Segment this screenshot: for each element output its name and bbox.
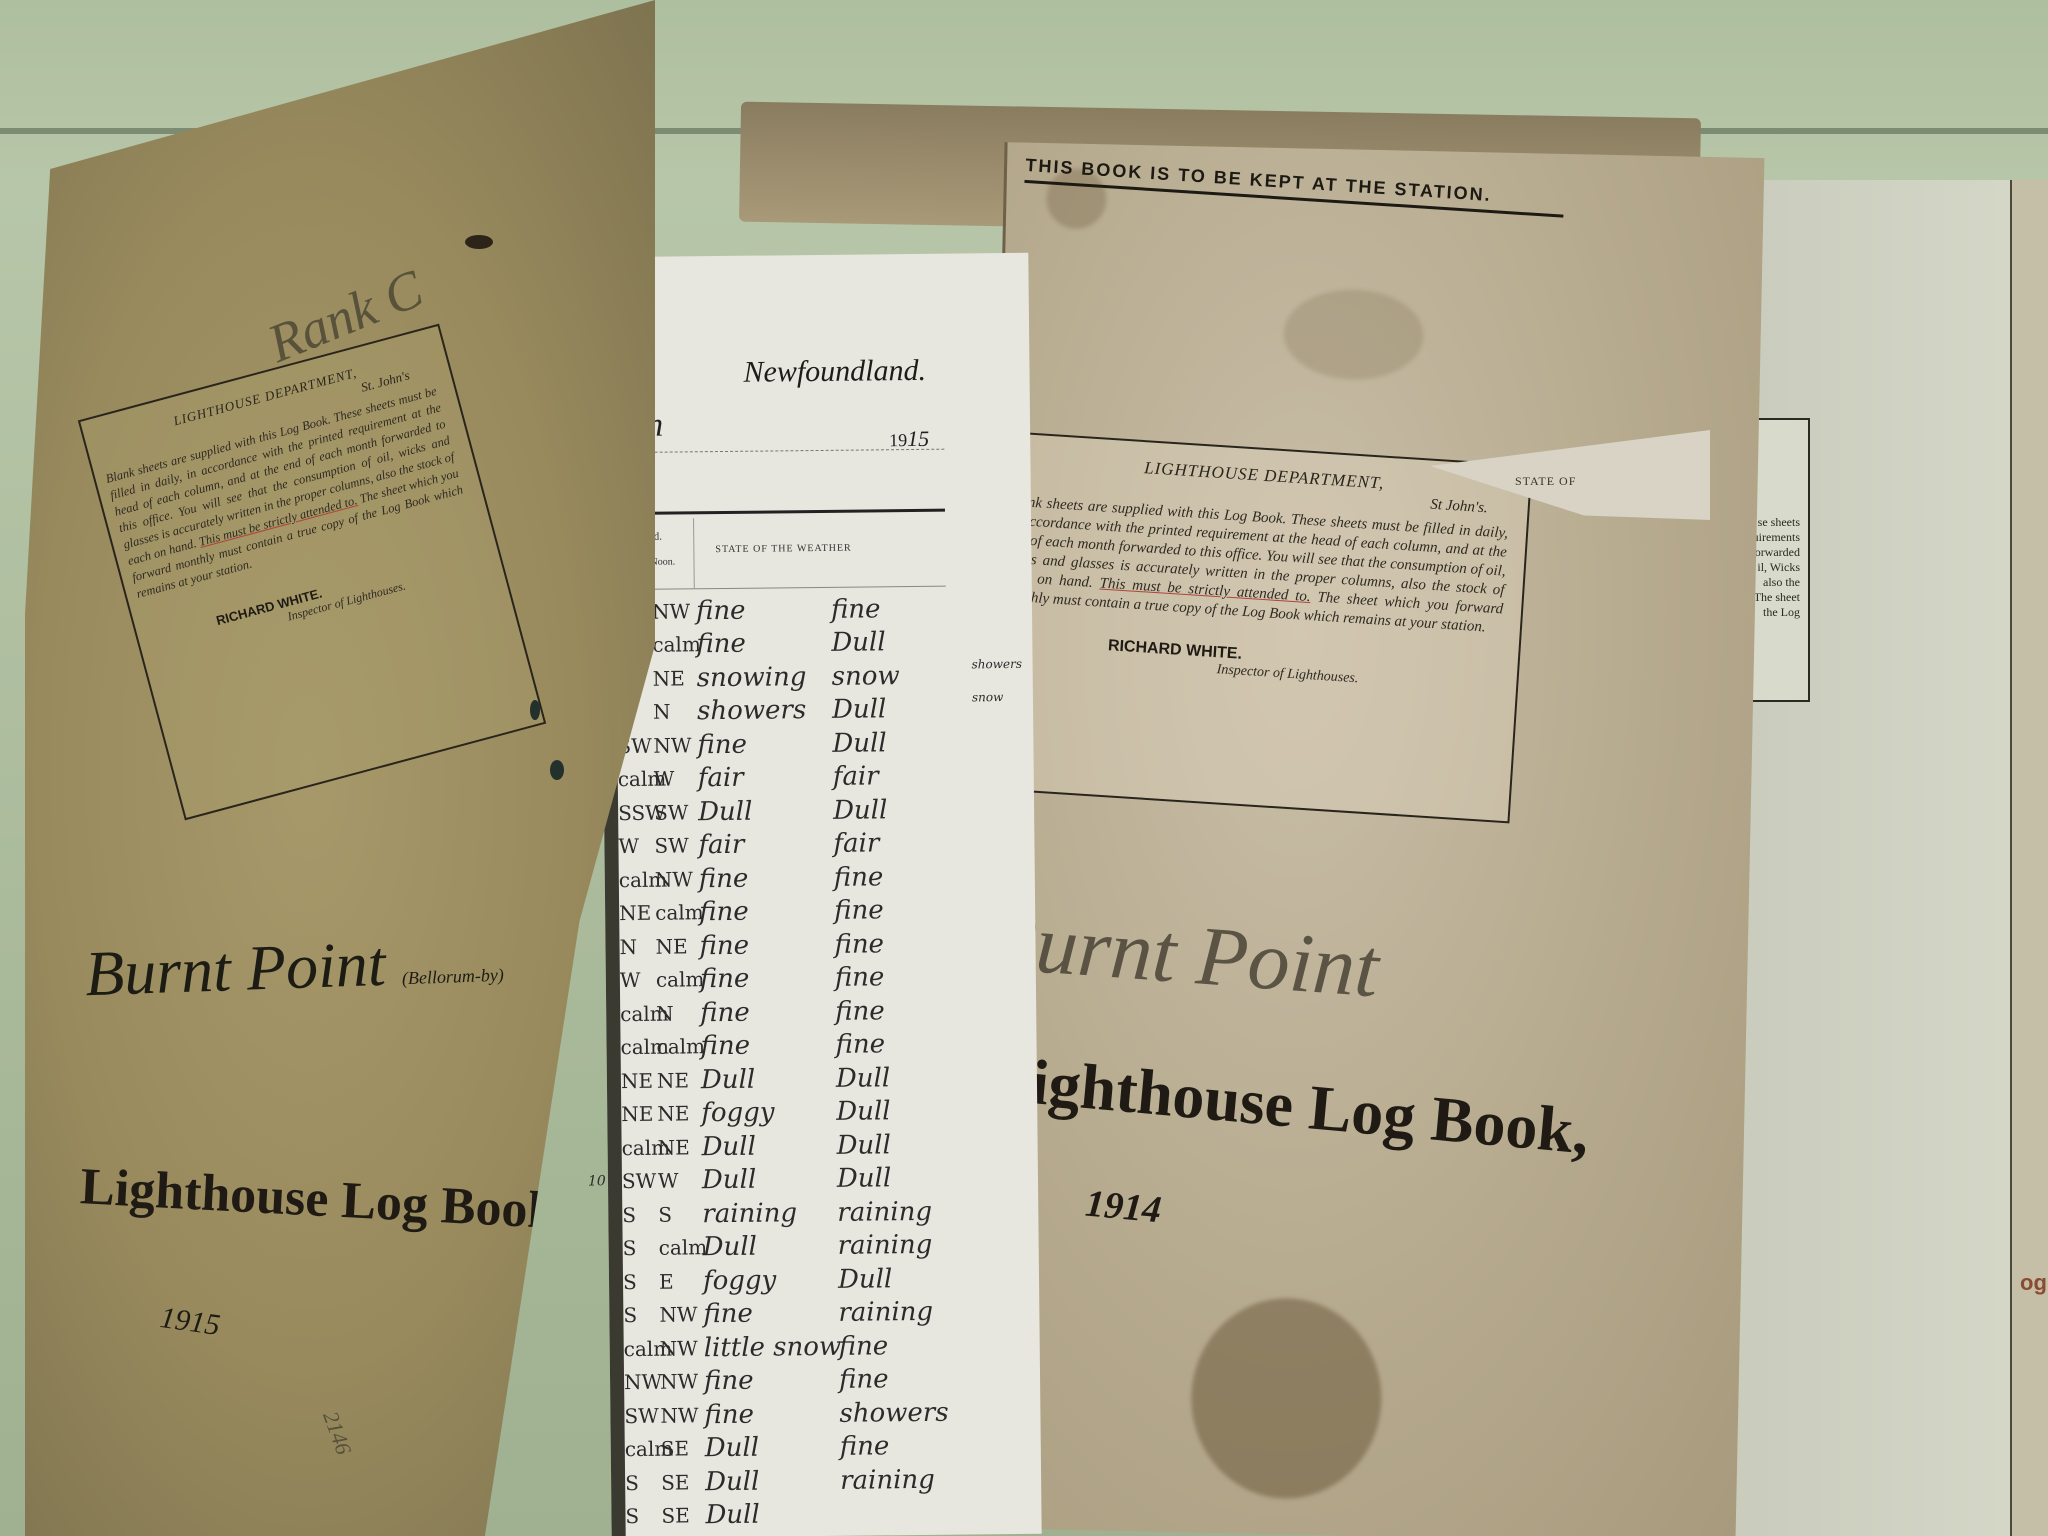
wind-noon: NE bbox=[657, 1102, 701, 1126]
wind-midnight: SSW bbox=[618, 800, 654, 824]
station-name: Burnt Point (Bellorum-by) bbox=[84, 923, 505, 1012]
weather-morning: fine bbox=[700, 997, 835, 1028]
weather-afternoon: Dull bbox=[832, 693, 992, 725]
weather-morning: showers bbox=[697, 695, 832, 726]
wind-midnight: W bbox=[618, 834, 654, 858]
log-row: EcalmfineDull bbox=[616, 624, 1026, 662]
wind-noon: SE bbox=[661, 1470, 705, 1494]
weather-morning: fine bbox=[699, 930, 834, 961]
weather-log-rows: WNWfinefineEcalmfineDullNNEsnowingsnowsh… bbox=[616, 591, 1036, 1533]
weather-morning: Dull bbox=[705, 1432, 840, 1463]
weather-morning: Dull bbox=[701, 1064, 836, 1095]
weather-afternoon: fine bbox=[835, 995, 995, 1027]
log-row: WSWfairfair bbox=[618, 825, 1028, 863]
wind-noon: calm bbox=[655, 901, 699, 925]
pencil-numbers: 2146 bbox=[317, 1408, 356, 1458]
book-year: 1914 bbox=[1083, 1182, 1163, 1233]
weather-afternoon: raining bbox=[837, 1196, 997, 1228]
wind-midnight: NE bbox=[619, 901, 655, 925]
weather-morning: Dull bbox=[698, 796, 833, 827]
water-stain bbox=[1189, 1296, 1383, 1500]
wind-midnight: NE bbox=[621, 1102, 657, 1126]
wind-midnight: S bbox=[623, 1269, 659, 1293]
weather-afternoon: Dull bbox=[837, 1162, 997, 1194]
weather-morning: fine bbox=[699, 896, 834, 927]
wind-midnight: N bbox=[619, 934, 655, 958]
weather-afternoon: showers bbox=[839, 1397, 999, 1429]
wind-midnight: calm bbox=[625, 1437, 661, 1461]
weather-afternoon: snow bbox=[832, 660, 992, 692]
weather-afternoon: fine bbox=[834, 894, 994, 926]
log-row: SSEDullraining bbox=[625, 1462, 1035, 1500]
log-row: NWNWfinefine bbox=[624, 1361, 1034, 1399]
wind-noon: calm bbox=[656, 1035, 700, 1059]
flap-text: STATE OF bbox=[1515, 474, 1576, 489]
weather-afternoon: raining bbox=[838, 1296, 998, 1328]
ink-blot bbox=[550, 760, 564, 780]
weather-log-sheet: Newfoundland. Jan 1915 Wind. Mid-night N… bbox=[598, 253, 1041, 1536]
weather-afternoon: Dull bbox=[832, 727, 992, 759]
notice-box: LIGHTHOUSE DEPARTMENT, St. John's Blank … bbox=[78, 324, 546, 821]
log-row: SSEDull bbox=[625, 1495, 1035, 1533]
ink-blot bbox=[465, 235, 493, 249]
wind-noon: S bbox=[658, 1202, 702, 1226]
far-right-edge-page: og bbox=[2010, 180, 2048, 1536]
wind-noon: NW bbox=[660, 1369, 704, 1393]
book-title: Lighthouse Log Book, bbox=[985, 1041, 1592, 1169]
country-heading: Newfoundland. bbox=[743, 354, 926, 390]
wind-midnight: calm bbox=[619, 867, 655, 891]
weather-afternoon: fair bbox=[833, 827, 993, 859]
edge-fragment-text: og bbox=[2020, 1270, 2047, 1296]
weather-afternoon: Dull bbox=[831, 626, 991, 658]
weather-morning: fine bbox=[703, 1298, 838, 1329]
weather-afternoon bbox=[840, 1512, 1000, 1514]
weather-afternoon: Dull bbox=[836, 1129, 996, 1161]
log-row: 10SWWDullDull bbox=[622, 1160, 1032, 1198]
wind-noon: NE bbox=[658, 1135, 702, 1159]
heading-rule bbox=[615, 509, 945, 515]
wind-noon: NW bbox=[652, 599, 696, 623]
wind-noon: NE bbox=[657, 1068, 701, 1092]
weather-morning: foggy bbox=[703, 1265, 838, 1296]
weather-afternoon: fine bbox=[834, 928, 994, 960]
year-field: 1915 bbox=[889, 426, 929, 452]
weather-morning: fine bbox=[696, 595, 831, 626]
wind-noon: W bbox=[654, 767, 698, 791]
wind-midnight: S bbox=[625, 1470, 661, 1494]
weather-morning: fair bbox=[698, 829, 833, 860]
weather-morning: raining bbox=[702, 1198, 837, 1229]
wind-midnight: calm bbox=[618, 767, 654, 791]
log-row: calmNWlittle snowfine bbox=[624, 1328, 1034, 1366]
weather-afternoon: fine bbox=[839, 1330, 999, 1362]
notice-box: LIGHTHOUSE DEPARTMENT, St John's. Blank … bbox=[976, 431, 1532, 824]
weather-afternoon: Dull bbox=[836, 1062, 996, 1094]
weather-afternoon: raining bbox=[840, 1464, 1000, 1496]
weather-morning: fine bbox=[697, 729, 832, 760]
wind-noon: NW bbox=[660, 1336, 704, 1360]
weather-morning: Dull bbox=[705, 1499, 840, 1530]
weather-morning: fine bbox=[704, 1399, 839, 1430]
weather-morning: Dull bbox=[702, 1164, 837, 1195]
wind-midnight: NW bbox=[624, 1370, 660, 1394]
wind-midnight: calm bbox=[622, 1135, 658, 1159]
wind-midnight: S bbox=[623, 1236, 659, 1260]
weather-afternoon: fine bbox=[835, 1028, 995, 1060]
log-row: Wcalmfinefine bbox=[620, 959, 1030, 997]
weather-morning: fine bbox=[696, 628, 831, 659]
wind-noon: NW bbox=[659, 1302, 703, 1326]
weather-morning: Dull bbox=[703, 1231, 838, 1262]
wind-midnight: W bbox=[620, 968, 656, 992]
ink-blot bbox=[530, 700, 540, 720]
divider bbox=[693, 518, 695, 588]
weather-morning: Dull bbox=[705, 1466, 840, 1497]
weather-morning: Dull bbox=[701, 1131, 836, 1162]
wind-midnight: calm bbox=[620, 1001, 656, 1025]
log-row: SSWSWDullDull bbox=[618, 792, 1028, 830]
log-row: NENEfoggyDull bbox=[621, 1093, 1031, 1131]
weather-afternoon: fine bbox=[831, 593, 991, 625]
wind-noon: calm bbox=[652, 633, 696, 657]
log-row: calmSEDullfine bbox=[625, 1428, 1035, 1466]
wind-noon: calm bbox=[659, 1235, 703, 1259]
wind-noon: E bbox=[659, 1269, 703, 1293]
wind-noon: NE bbox=[653, 666, 697, 690]
log-row: NNshowersDullsnow bbox=[617, 691, 1027, 729]
station-name: Burnt Point bbox=[982, 892, 1382, 1018]
log-row: SWNWfineshowers bbox=[624, 1395, 1034, 1433]
weather-afternoon: raining bbox=[838, 1229, 998, 1261]
wind-noon: N bbox=[656, 1001, 700, 1025]
wind-midnight: calm bbox=[620, 1035, 656, 1059]
log-row: SNWfineraining bbox=[623, 1294, 1033, 1332]
weather-annotation: snow bbox=[972, 690, 1004, 704]
weather-afternoon: Dull bbox=[836, 1095, 996, 1127]
log-row: SEfoggyDull bbox=[623, 1261, 1033, 1299]
log-row: NENEDullDull bbox=[621, 1060, 1031, 1098]
log-row: NNEsnowingsnowshowers bbox=[617, 658, 1027, 696]
weather-morning: fine bbox=[699, 863, 834, 894]
water-stain bbox=[1283, 288, 1425, 381]
wind-noon: NE bbox=[655, 934, 699, 958]
wind-noon: SW bbox=[654, 800, 698, 824]
weather-afternoon: fine bbox=[835, 961, 995, 993]
log-row: SWNWfineDull bbox=[617, 725, 1027, 763]
weather-afternoon: fine bbox=[834, 861, 994, 893]
wind-midnight: S bbox=[625, 1504, 661, 1528]
weather-afternoon: fair bbox=[833, 760, 993, 792]
wind-midnight: SW bbox=[622, 1169, 658, 1193]
wind-midnight: calm bbox=[624, 1336, 660, 1360]
wind-noon: SE bbox=[661, 1436, 705, 1460]
log-row: WNWfinefine bbox=[616, 591, 1026, 629]
weather-morning: little snow bbox=[704, 1332, 839, 1363]
wind-noon: W bbox=[658, 1169, 702, 1193]
log-row: calmNWfinefine bbox=[619, 859, 1029, 897]
column-header: Wind. Mid-night Noon. STATE OF THE WEATH… bbox=[615, 516, 946, 590]
wind-noon: NW bbox=[660, 1403, 704, 1427]
log-row: calmNfinefine bbox=[620, 993, 1030, 1031]
log-book-1914: THIS BOOK IS TO BE KEPT AT THE STATION. … bbox=[976, 142, 1765, 1536]
weather-annotation: showers bbox=[972, 657, 1023, 672]
station-note: (Bellorum-by) bbox=[402, 965, 505, 989]
wind-noon: calm bbox=[656, 968, 700, 992]
weather-afternoon: fine bbox=[839, 1363, 999, 1395]
weather-morning: foggy bbox=[701, 1097, 836, 1128]
weather-afternoon: Dull bbox=[838, 1263, 998, 1295]
log-row: calmNEDullDull bbox=[621, 1127, 1031, 1165]
wind-noon: NW bbox=[655, 867, 699, 891]
wind-noon: SW bbox=[654, 834, 698, 858]
wind-noon: N bbox=[653, 700, 697, 724]
weather-column-label: STATE OF THE WEATHER bbox=[715, 543, 851, 555]
book-title: Lighthouse Log Book, bbox=[79, 1157, 571, 1242]
wind-noon: SE bbox=[661, 1503, 705, 1527]
weather-afternoon: fine bbox=[840, 1430, 1000, 1462]
book-year: 1915 bbox=[158, 1301, 222, 1343]
weather-morning: fine bbox=[700, 1030, 835, 1061]
weather-morning: fair bbox=[698, 762, 833, 793]
wind-midnight: S bbox=[623, 1303, 659, 1327]
weather-afternoon: Dull bbox=[833, 794, 993, 826]
log-row: NEcalmfinefine bbox=[619, 892, 1029, 930]
wind-midnight: NE bbox=[621, 1068, 657, 1092]
wind-midnight: S bbox=[622, 1202, 658, 1226]
log-row: SSrainingraining bbox=[622, 1194, 1032, 1232]
wind-midnight: SW bbox=[624, 1403, 660, 1427]
wind-noon: NW bbox=[653, 733, 697, 757]
weather-morning: fine bbox=[700, 963, 835, 994]
log-row: calmWfairfair bbox=[618, 758, 1028, 796]
log-row: calmcalmfinefine bbox=[620, 1026, 1030, 1064]
log-row: NNEfinefine bbox=[619, 926, 1029, 964]
station-header: THIS BOOK IS TO BE KEPT AT THE STATION. bbox=[1024, 155, 1565, 218]
weather-morning: fine bbox=[704, 1365, 839, 1396]
log-row: ScalmDullraining bbox=[623, 1227, 1033, 1265]
weather-morning: snowing bbox=[697, 662, 832, 693]
